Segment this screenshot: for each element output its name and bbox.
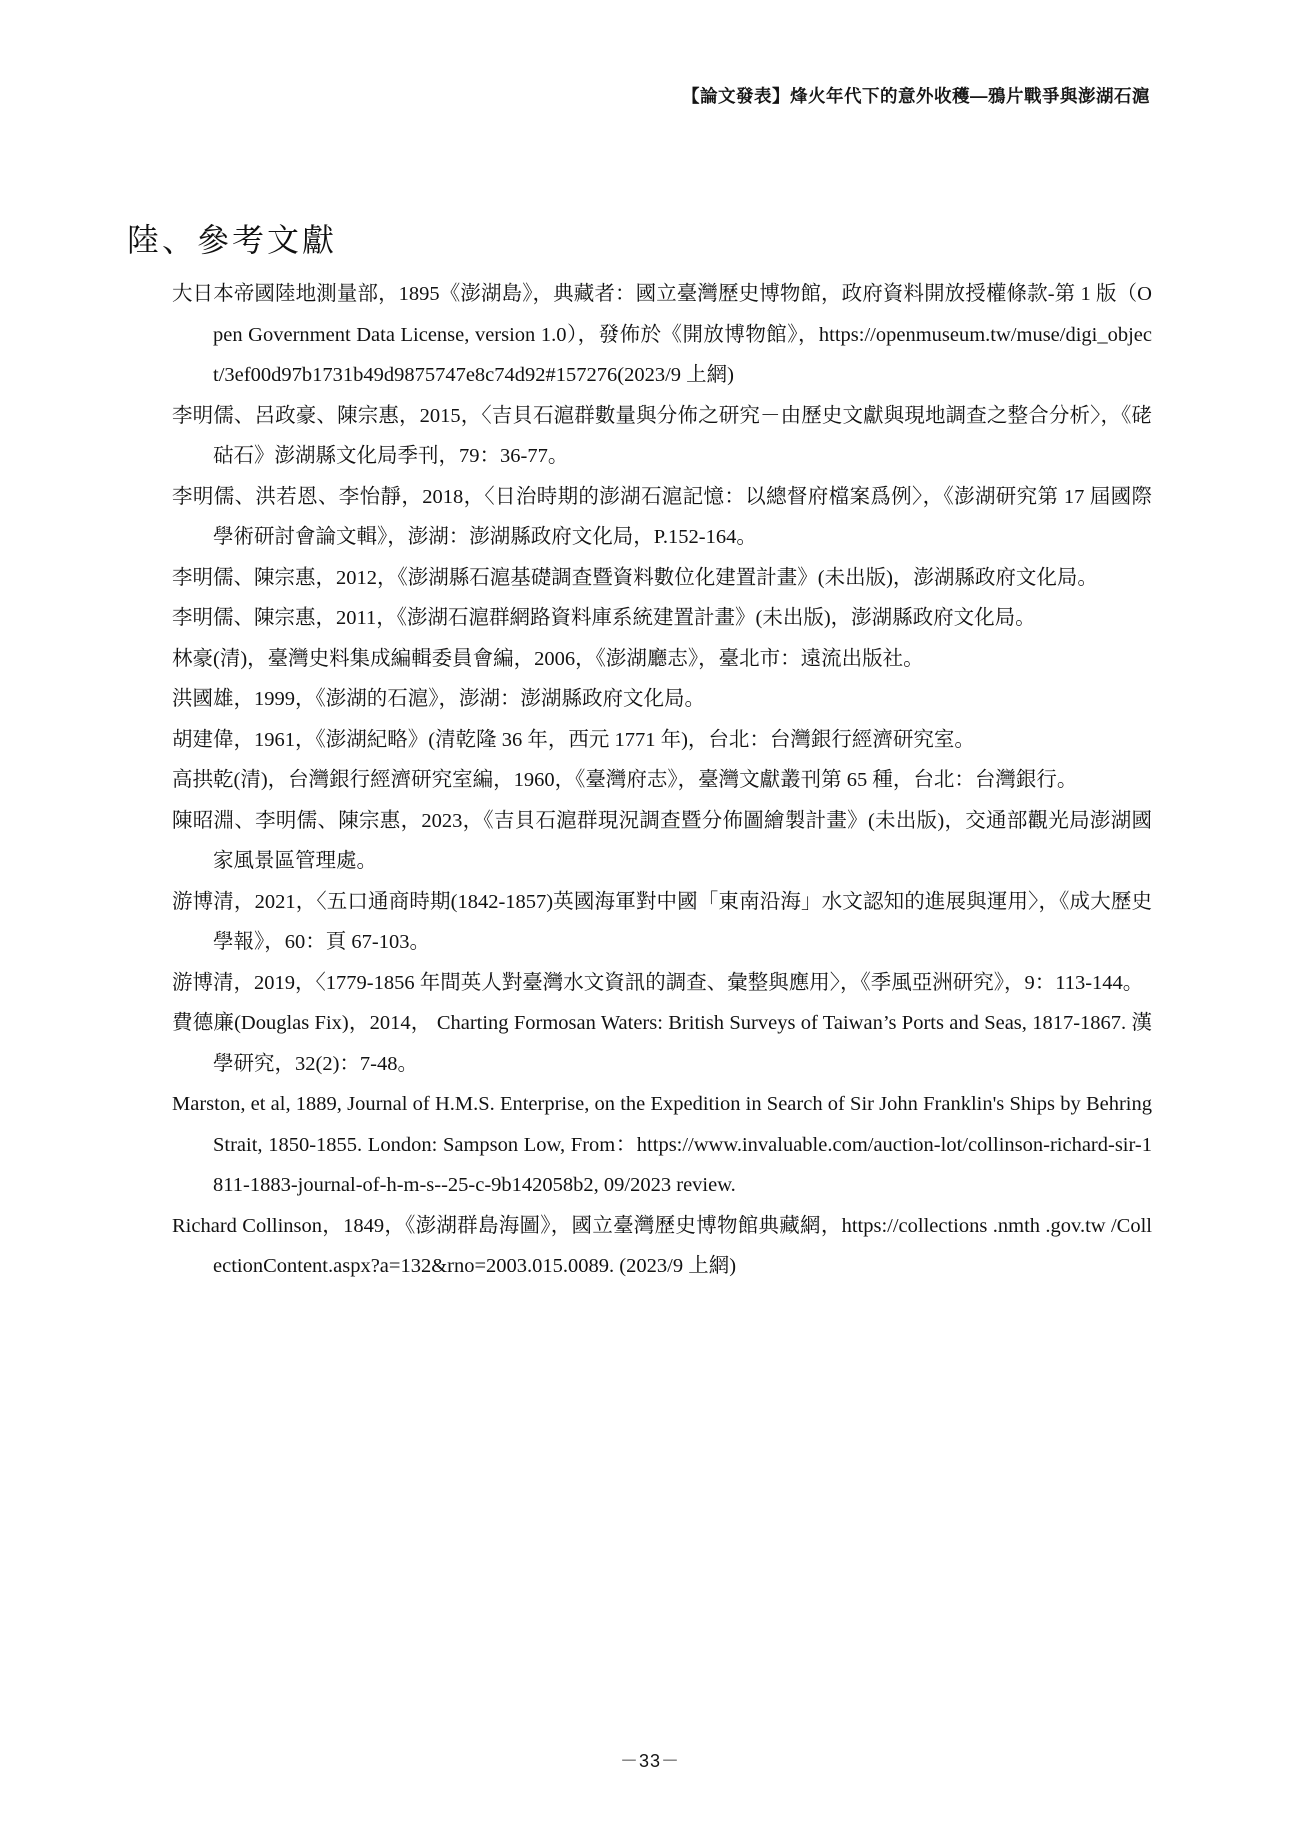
reference-entry: 洪國雄，1999，《澎湖的石滬》，澎湖：澎湖縣政府文化局。 [172,679,1152,720]
reference-entry: 費德廉(Douglas Fix)，2014， Charting Formosan… [172,1003,1152,1084]
reference-entry: 陳昭淵、李明儒、陳宗惠，2023，《吉貝石滬群現況調查暨分佈圖繪製計畫》(未出版… [172,801,1152,882]
reference-entry: 游博清，2021，〈五口通商時期(1842-1857)英國海軍對中國「東南沿海」… [172,882,1152,963]
reference-entry: 李明儒、陳宗惠，2011，《澎湖石滬群網路資料庫系統建置計畫》(未出版)，澎湖縣… [172,598,1152,639]
reference-entry: 李明儒、陳宗惠，2012，《澎湖縣石滬基礎調查暨資料數位化建置計畫》(未出版)，… [172,558,1152,599]
section-title: 陸、參考文獻 [127,215,337,261]
reference-entry: 李明儒、呂政豪、陳宗惠，2015，〈吉貝石滬群數量與分佈之研究－由歷史文獻與現地… [172,396,1152,477]
running-header: 【論文發表】烽火年代下的意外收穫—鴉片戰爭與澎湖石滬 [150,83,1150,108]
reference-entry: Marston, et al, 1889, Journal of H.M.S. … [172,1084,1152,1206]
reference-entry: 胡建偉，1961，《澎湖紀略》(清乾隆 36 年，西元 1771 年)，台北：台… [172,720,1152,761]
page-number: －33－ [0,1747,1300,1773]
reference-entry: 游博清，2019，〈1779-1856 年間英人對臺灣水文資訊的調查、彙整與應用… [172,963,1152,1004]
reference-entry: 李明儒、洪若恩、李怡靜，2018，〈日治時期的澎湖石滬記憶：以總督府檔案爲例〉，… [172,477,1152,558]
reference-entry: Richard Collinson，1849，《澎湖群島海圖》，國立臺灣歷史博物… [172,1206,1152,1287]
reference-entry: 林豪(清)，臺灣史料集成編輯委員會編，2006，《澎湖廳志》，臺北市：遠流出版社… [172,639,1152,680]
reference-list: 大日本帝國陸地測量部，1895《澎湖島》，典藏者：國立臺灣歷史博物館，政府資料開… [172,274,1152,1287]
reference-entry: 大日本帝國陸地測量部，1895《澎湖島》，典藏者：國立臺灣歷史博物館，政府資料開… [172,274,1152,396]
reference-entry: 高拱乾(清)，台灣銀行經濟研究室編，1960，《臺灣府志》，臺灣文獻叢刊第 65… [172,760,1152,801]
